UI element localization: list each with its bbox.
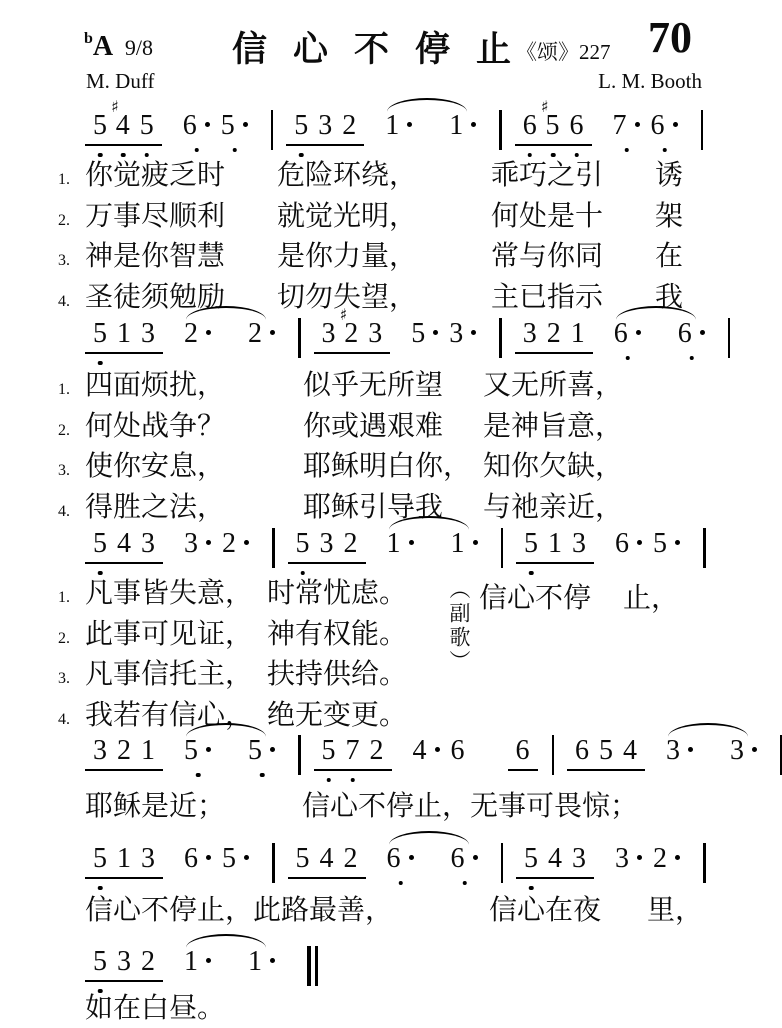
note: 1 — [136, 737, 160, 765]
note: 2 — [136, 948, 160, 976]
augmentation-dot — [206, 540, 211, 545]
augmentation-dot — [206, 855, 211, 860]
note: 6 — [673, 320, 711, 348]
music-line-3: 543325321151365 — [85, 530, 719, 568]
lyric-phrase: 似乎无所望 — [303, 368, 483, 405]
note-digit: 3 — [141, 845, 155, 873]
songbook-reference: 《颂》227 — [516, 36, 611, 66]
verse-row: 1.你觉疲乏时危险环绕，乖巧之引诱 — [58, 158, 683, 199]
music-line-5: 513655426654332 — [85, 845, 719, 883]
beamed-note-group: 542 — [288, 845, 366, 879]
refrain-line-3: 如在白昼。 — [85, 986, 225, 1026]
barline — [728, 318, 731, 358]
beamed-note-group: 572 — [314, 737, 392, 771]
key-letter: A — [93, 31, 113, 62]
note-group: 65 — [175, 112, 257, 140]
note: 3 — [88, 737, 112, 765]
low-octave-dot — [574, 153, 579, 158]
augmentation-dot — [675, 855, 680, 860]
note-group: 76 — [605, 112, 687, 140]
note-digit: 5 — [546, 112, 560, 140]
slurred-note-group: 55 — [176, 737, 284, 765]
note: 6 — [518, 112, 542, 140]
verse-row: 3.凡事信托主，扶持供给。 — [58, 657, 407, 698]
hymn-sheet-page: bA 9/8 信心不停止 《颂》227 70 M. Duff L. M. Boo… — [0, 0, 782, 1028]
augmentation-dot — [688, 747, 693, 752]
low-octave-dot — [98, 153, 103, 158]
slurred-note-group: 66 — [606, 320, 714, 348]
note: 6 — [446, 737, 470, 765]
augmentation-dot — [473, 855, 478, 860]
note-digit: 2 — [141, 948, 155, 976]
lyric-phrase: 凡事皆失意， — [85, 576, 267, 613]
beamed-note-group: 513 — [85, 320, 163, 354]
verse-number: 4. — [58, 284, 85, 321]
refrain-line-1: 耶稣是近；信心不停止，无事可畏惊； — [85, 784, 638, 824]
beamed-note-group: 513 — [516, 530, 594, 564]
augmentation-dot — [675, 540, 680, 545]
lyric-phrase: 知你欠缺， — [483, 449, 623, 486]
note-digit: 1 — [571, 320, 585, 348]
note: 4 — [618, 737, 642, 765]
note-digit: 6 — [184, 845, 198, 873]
augmentation-dot — [471, 122, 476, 127]
note: 5 — [291, 845, 315, 873]
augmentation-dot — [636, 330, 641, 335]
lyric-phrase: 在 — [655, 239, 683, 276]
augmentation-dot — [700, 330, 705, 335]
note-digit: 5 — [93, 530, 107, 558]
note-digit: 1 — [385, 112, 399, 140]
note-digit: 1 — [449, 112, 463, 140]
note: ♯2 — [341, 320, 364, 348]
barline — [499, 110, 502, 150]
lyric-phrase: 是你力量， — [277, 239, 491, 276]
note-digit: 5 — [296, 845, 310, 873]
note: 2 — [339, 530, 363, 558]
note-digit: 5 — [524, 530, 538, 558]
slurred-note-group: 33 — [658, 737, 766, 765]
barline — [703, 843, 706, 883]
note: 2 — [243, 320, 281, 348]
lyric-phrase: 凡事信托主， — [85, 657, 267, 694]
lyric-phrase: 你或遇艰难 — [303, 409, 483, 446]
note: 3 — [317, 320, 341, 348]
beamed-note-group: 543 — [516, 845, 594, 879]
lyric-phrase: 架 — [655, 199, 683, 236]
beamed-note-group: 513 — [85, 845, 163, 879]
note-digit: 1 — [117, 845, 131, 873]
note-group: 65 — [607, 530, 689, 558]
note-digit: 2 — [117, 737, 131, 765]
lyrics-block-2: 1.四面烦扰，似乎无所望又无所喜，2.何处战争？你或遇艰难是神旨意，3.使你安息… — [58, 368, 623, 530]
note: 2 — [337, 112, 361, 140]
verse-number: 1. — [58, 162, 85, 199]
note: 3 — [444, 320, 482, 348]
note: 2 — [648, 845, 686, 873]
 — [315, 946, 319, 986]
note-digit: 4 — [548, 845, 562, 873]
note: 1 — [444, 112, 482, 140]
verse-number: 3. — [58, 243, 85, 280]
note-digit: 3 — [322, 320, 336, 348]
note-digit: 5 — [93, 845, 107, 873]
note-digit: 5 — [93, 320, 107, 348]
note-digit: 3 — [449, 320, 463, 348]
lyric-phrase: 何处战争？ — [85, 409, 303, 446]
verse-row: 3.神是你智慧是你力量，常与你同在 — [58, 239, 683, 280]
beamed-note-group: 532 — [288, 530, 366, 564]
verse-row: 3.使你安息，耶稣明白你，知你欠缺， — [58, 449, 623, 490]
note: 3 — [661, 737, 699, 765]
note: 6 — [511, 737, 535, 765]
note: 1 — [382, 530, 420, 558]
note: 6 — [609, 320, 647, 348]
augmentation-dot — [206, 747, 211, 752]
note-digit: 3 — [318, 112, 332, 140]
lyric-phrase: 时常忧虑。 — [267, 576, 407, 613]
note-digit: 2 — [248, 320, 262, 348]
note: 6 — [178, 112, 216, 140]
note-digit: 6 — [523, 112, 537, 140]
lyric-phrase: 神有权能。 — [267, 617, 407, 654]
verse-row: 1.四面烦扰，似乎无所望又无所喜， — [58, 368, 623, 409]
low-octave-dot — [195, 148, 200, 153]
key-signature: bA 9/8 — [84, 30, 153, 63]
augmentation-dot — [409, 540, 414, 545]
note: 1 — [543, 530, 567, 558]
slurred-note-group: 11 — [176, 948, 284, 976]
note: 2 — [339, 845, 363, 873]
sharp-icon: ♯ — [340, 307, 348, 323]
note-digit: 3 — [572, 845, 586, 873]
note-digit: 5 — [221, 112, 235, 140]
verse-number: 4. — [58, 702, 85, 739]
slurred-note-group: 66 — [379, 845, 487, 873]
barline — [298, 735, 301, 775]
note-digit: 5 — [248, 737, 262, 765]
note-digit: 3 — [141, 320, 155, 348]
lyric-phrase: 四面烦扰， — [85, 368, 303, 405]
note: 4 — [543, 845, 567, 873]
note: 5 — [289, 112, 313, 140]
verse-number: 1. — [58, 580, 85, 617]
lyric-phrase: 常与你同 — [491, 239, 655, 276]
note-digit: 5 — [93, 948, 107, 976]
note-digit: 7 — [613, 112, 627, 140]
note: 4 — [315, 845, 339, 873]
note-digit: 5 — [93, 112, 107, 140]
low-octave-dot — [462, 881, 467, 886]
low-octave-dot — [690, 356, 695, 361]
note: 5 — [88, 845, 112, 873]
refrain-phrase: 里， — [647, 888, 703, 928]
hymn-number: 70 — [648, 12, 692, 63]
note-digit: 1 — [184, 948, 198, 976]
lyric-phrase: 扶持供给。 — [267, 657, 407, 694]
note: 2 — [112, 737, 136, 765]
lyric-phrase: 危险环绕， — [277, 158, 491, 195]
verse-number: 2. — [58, 203, 85, 240]
low-octave-dot — [398, 881, 403, 886]
note: 5 — [291, 530, 315, 558]
note: 5 — [88, 320, 112, 348]
note-digit: 3 — [572, 530, 586, 558]
note: 3 — [136, 530, 160, 558]
note: 6 — [179, 845, 217, 873]
note-digit: 6 — [615, 530, 629, 558]
refrain-first-line: 信心不停 止， — [479, 576, 679, 616]
lyric-phrase: 得胜之法， — [85, 490, 303, 527]
refrain-line-2: 信心不停止，此路最善，信心在夜里， — [85, 888, 703, 928]
note: 3 — [136, 845, 160, 873]
lyric-phrase: 神是你智慧 — [85, 239, 277, 276]
barline — [552, 735, 555, 775]
low-octave-dot — [260, 773, 265, 778]
refrain-start: （副歌） 信心不停 止， — [448, 576, 679, 674]
lyric-phrase: 又无所喜， — [483, 368, 623, 405]
note-digit: 3 — [523, 320, 537, 348]
augmentation-dot — [637, 855, 642, 860]
verse-row: 4.圣徒须勉励切勿失望，主已指示我 — [58, 280, 683, 321]
verse-number: 3. — [58, 661, 85, 698]
augmentation-dot — [244, 540, 249, 545]
note-digit: 6 — [451, 737, 465, 765]
author-right: L. M. Booth — [598, 69, 702, 94]
lyric-phrase: 诱 — [655, 158, 683, 195]
lyrics-block-1: 1.你觉疲乏时危险环绕，乖巧之引诱2.万事尽顺利就觉光明，何处是十架3.神是你智… — [58, 158, 683, 320]
augmentation-dot — [435, 747, 440, 752]
lyric-phrase: 耶稣明白你， — [303, 449, 483, 486]
note-digit: 5 — [140, 112, 154, 140]
lyric-phrase: 与祂亲近， — [483, 490, 623, 527]
augmentation-dot — [752, 747, 757, 752]
note-group: 32 — [607, 845, 689, 873]
note-digit: 1 — [141, 737, 155, 765]
note: 5 — [135, 112, 159, 140]
note-digit: 5 — [653, 530, 667, 558]
note-digit: 6 — [570, 112, 584, 140]
refrain-text: 信心不停 — [479, 576, 591, 616]
note: 6 — [646, 112, 684, 140]
music-line-2: 513223♯235332166 — [85, 320, 743, 358]
augmentation-dot — [270, 958, 275, 963]
note: 6 — [565, 112, 589, 140]
low-octave-dot — [626, 356, 631, 361]
verse-number: 2. — [58, 413, 85, 450]
low-octave-dot — [350, 778, 355, 783]
note: 1 — [112, 845, 136, 873]
barline — [272, 843, 275, 883]
music-line-6: 53211 — [85, 948, 318, 986]
beamed-note-group: 321 — [515, 320, 593, 354]
note-digit: 3 — [320, 530, 334, 558]
author-left: M. Duff — [86, 69, 154, 94]
note-group: 32 — [176, 530, 258, 558]
augmentation-dot — [409, 855, 414, 860]
note: 2 — [179, 320, 217, 348]
note-digit: 2 — [547, 320, 561, 348]
sharp-icon: ♯ — [111, 99, 119, 115]
note-digit: 4 — [320, 845, 334, 873]
note: 5 — [88, 530, 112, 558]
lyric-phrase: 是神旨意， — [483, 409, 623, 446]
note-digit: 2 — [653, 845, 667, 873]
refrain-phrase: 信心在夜 — [489, 888, 629, 928]
augmentation-dot — [206, 958, 211, 963]
verse-row: 2.此事可见证，神有权能。 — [58, 617, 407, 658]
lyric-phrase: 绝无变更。 — [267, 698, 407, 735]
note-digit: 1 — [548, 530, 562, 558]
music-line-4: 3215557246665433 — [85, 737, 782, 775]
note: 3 — [610, 845, 648, 873]
note-digit: 6 — [183, 112, 197, 140]
note: 3 — [179, 530, 217, 558]
lyric-phrase: 此事可见证， — [85, 617, 267, 654]
note: 5 — [519, 845, 543, 873]
low-octave-dot — [551, 153, 556, 158]
note: 7 — [608, 112, 646, 140]
note-digit: 5 — [222, 845, 236, 873]
augmentation-dot — [407, 122, 412, 127]
note-digit: 6 — [651, 112, 665, 140]
low-octave-dot — [299, 153, 304, 158]
augmentation-dot — [205, 122, 210, 127]
low-octave-dot — [624, 148, 629, 153]
augmentation-dot — [473, 540, 478, 545]
note-digit: 3 — [666, 737, 680, 765]
augmentation-dot — [270, 330, 275, 335]
augmentation-dot — [673, 122, 678, 127]
hymn-title: 信心不停止 — [232, 22, 537, 72]
barline — [501, 528, 504, 568]
note: 3 — [567, 530, 591, 558]
beamed-note-group: 5♯45 — [85, 112, 162, 146]
slurred-note-group: 22 — [176, 320, 284, 348]
note: 3 — [112, 948, 136, 976]
note-digit: 5 — [411, 320, 425, 348]
lyric-phrase: 乖巧之引 — [491, 158, 655, 195]
note-digit: 1 — [117, 320, 131, 348]
sharp-icon: ♯ — [541, 99, 549, 115]
low-octave-dot — [528, 153, 533, 158]
refrain-phrase: 如在白昼。 — [85, 986, 225, 1026]
music-line-1: 5♯4565532116♯5676 — [85, 112, 716, 150]
note: 5 — [88, 948, 112, 976]
note-digit: 3 — [117, 948, 131, 976]
note-digit: 2 — [370, 737, 384, 765]
low-octave-dot — [300, 571, 305, 576]
note-digit: 5 — [184, 737, 198, 765]
note-digit: 6 — [678, 320, 692, 348]
note-digit: 4 — [413, 737, 427, 765]
note: 5 — [179, 737, 217, 765]
slurred-note-group: 11 — [379, 530, 487, 558]
low-octave-dot — [233, 148, 238, 153]
note: 6 — [382, 845, 420, 873]
lyric-phrase: 就觉光明， — [277, 199, 491, 236]
beamed-note-group: 6 — [508, 737, 538, 771]
note: 2 — [542, 320, 566, 348]
note: 5 — [519, 530, 543, 558]
barline — [701, 110, 704, 150]
note-digit: 2 — [344, 530, 358, 558]
note-digit: 1 — [387, 530, 401, 558]
note-digit: 3 — [141, 530, 155, 558]
beamed-note-group: 543 — [85, 530, 163, 564]
beamed-note-group: 654 — [567, 737, 645, 771]
refrain-label: （副歌） — [448, 578, 469, 674]
note-digit: 2 — [342, 112, 356, 140]
note-digit: 6 — [387, 845, 401, 873]
note: ♯5 — [542, 112, 565, 140]
note: 5 — [243, 737, 281, 765]
note: 3 — [315, 530, 339, 558]
low-octave-dot — [145, 153, 150, 158]
verse-number: 2. — [58, 621, 85, 658]
augmentation-dot — [471, 330, 476, 335]
note: 7 — [341, 737, 365, 765]
note-digit: 6 — [575, 737, 589, 765]
note-digit: 6 — [451, 845, 465, 873]
low-octave-dot — [98, 571, 103, 576]
augmentation-dot — [635, 122, 640, 127]
low-octave-dot — [121, 153, 126, 158]
barline — [499, 318, 502, 358]
note: 2 — [217, 530, 255, 558]
note-digit: 4 — [623, 737, 637, 765]
note-group: 46 — [405, 737, 473, 765]
refrain-phrase: 耶稣是近； — [85, 784, 302, 824]
low-octave-dot — [529, 571, 534, 576]
barline — [298, 318, 301, 358]
note: 5 — [594, 737, 618, 765]
lyrics-block-3: 1.凡事皆失意，时常忧虑。2.此事可见证，神有权能。3.凡事信托主，扶持供给。4… — [58, 576, 407, 738]
note-digit: 6 — [516, 737, 530, 765]
barline — [501, 843, 504, 883]
lyric-phrase: 你觉疲乏时 — [85, 158, 277, 195]
augmentation-dot — [243, 122, 248, 127]
 — [307, 946, 311, 986]
note-digit: 3 — [368, 320, 382, 348]
barline — [703, 528, 706, 568]
note-digit: 7 — [346, 737, 360, 765]
note: 6 — [610, 530, 648, 558]
verse-number: 3. — [58, 453, 85, 490]
verse-row: 4.得胜之法，耶稣引导我与祂亲近， — [58, 490, 623, 531]
beamed-note-group: 532 — [286, 112, 364, 146]
note: 5 — [648, 530, 686, 558]
lyric-phrase: 万事尽顺利 — [85, 199, 277, 236]
note: 1 — [380, 112, 418, 140]
verse-row: 2.万事尽顺利就觉光明，何处是十架 — [58, 199, 683, 240]
low-octave-dot — [662, 148, 667, 153]
augmentation-dot — [637, 540, 642, 545]
verse-row: 2.何处战争？你或遇艰难是神旨意， — [58, 409, 623, 450]
low-octave-dot — [98, 361, 103, 366]
note: 1 — [446, 530, 484, 558]
note: 5 — [217, 845, 255, 873]
note: 3 — [567, 845, 591, 873]
note-digit: 2 — [344, 320, 358, 348]
beamed-note-group: 532 — [85, 948, 163, 982]
note: 1 — [112, 320, 136, 348]
verse-number: 4. — [58, 494, 85, 531]
note-digit: 2 — [222, 530, 236, 558]
note-digit: 3 — [184, 530, 198, 558]
beamed-note-group: 321 — [85, 737, 163, 771]
note-digit: 5 — [296, 530, 310, 558]
